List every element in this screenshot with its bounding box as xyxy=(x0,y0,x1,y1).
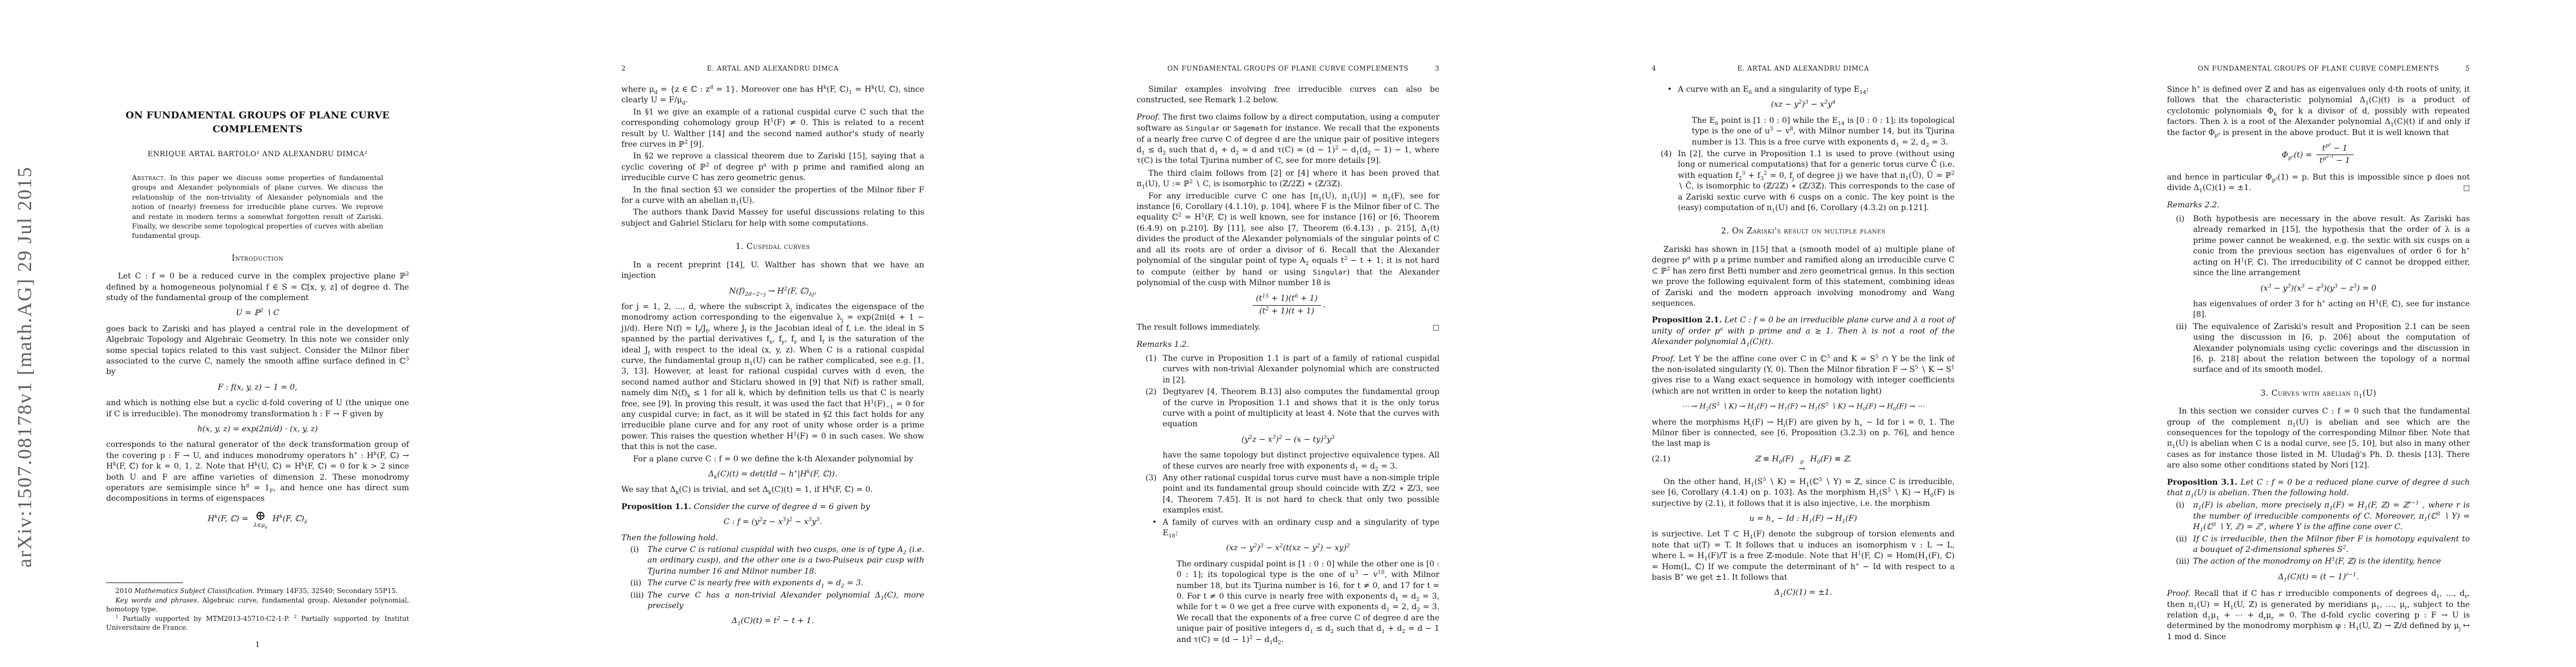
display-math: u = h∗ − Id : H1(F) → H1(F) xyxy=(1652,514,1955,524)
paragraph: In this section we consider curves C : f… xyxy=(2167,406,2470,471)
section-heading: 2. On Zariski's result on multiple plane… xyxy=(1652,226,1955,236)
qed-box: □ xyxy=(2463,183,2470,193)
paper-title: ON FUNDAMENTAL GROUPS OF PLANE CURVECOMP… xyxy=(106,109,409,137)
list-item: (1)The curve in Proposition 1.1 is part … xyxy=(1137,354,1439,386)
page-3: ON FUNDAMENTAL GROUPS OF PLANE CURVE COM… xyxy=(1030,0,1546,667)
paragraph: and hence in particular Φpa(1) = p. But … xyxy=(2167,172,2470,194)
paragraph: Then the following hold. xyxy=(621,533,924,544)
bullet-item: •A curve with an E6 and a singularity of… xyxy=(1652,84,1955,95)
paragraph: Let C : f = 0 be a reduced curve in the … xyxy=(106,271,409,303)
display-direct-sum: Hk(F, ℂ) = ⊕λ∈μd Hk(F, ℂ)λ xyxy=(106,509,409,529)
page-1: ON FUNDAMENTAL GROUPS OF PLANE CURVECOMP… xyxy=(0,0,515,667)
list-item: (ii)If C is irreducible, then the Milnor… xyxy=(2167,534,2470,556)
paragraph: Zariski has shown in [15] that a (smooth… xyxy=(1652,245,1955,309)
paragraph: goes back to Zariski and has played a ce… xyxy=(106,324,409,378)
paragraph: The ordinary cuspidal point is [1 : 0 : … xyxy=(1137,559,1439,645)
running-head-text: ON FUNDAMENTAL GROUPS OF PLANE CURVE COM… xyxy=(1167,64,1408,72)
proposition: Proposition 1.1. Consider the curve of d… xyxy=(621,502,924,512)
section-heading: 3. Curves with abelian π1(U) xyxy=(2167,388,2470,399)
display-fraction: (t15 + 1)(t6 + 1)(t2 + 1)(t + 1). xyxy=(1137,293,1439,317)
page-number: 1 xyxy=(0,641,515,649)
paragraph: In a recent preprint [14], U. Walther ha… xyxy=(621,260,924,282)
paragraph: The third claim follows from [2] or [4] … xyxy=(1137,168,1439,190)
display-math: Δk(C)(t) = det(tId − h∗|Hk(F, ℂ)). xyxy=(621,469,924,480)
running-head-text: E. ARTAL AND ALEXANDRU DIMCA xyxy=(707,64,839,72)
paper-screenshot: arXiv:1507.08178v1 [math.AG] 29 Jul 2015… xyxy=(0,0,2576,667)
list-item: (iii)The curve C has a non-trivial Alexa… xyxy=(621,590,924,612)
list-item: (i)The curve C is rational cuspidal with… xyxy=(621,545,924,577)
display-math: Δ1(C)(t) = (t − 1)r−1. xyxy=(2167,572,2470,583)
display-math: Δ1(C)(t) = t2 − t + 1. xyxy=(621,616,924,626)
footnotes: 2010 Mathematics Subject Classification.… xyxy=(106,583,409,633)
remark-heading: Remarks 2.2. xyxy=(2167,200,2470,211)
running-head-text: ON FUNDAMENTAL GROUPS OF PLANE CURVE COM… xyxy=(2198,64,2439,72)
running-head-text: E. ARTAL AND ALEXANDRU DIMCA xyxy=(1737,64,1869,72)
remark-heading: Remarks 1.2. xyxy=(1137,340,1439,350)
page-number: 5 xyxy=(2465,64,2470,72)
display-math: (xz − y2)3 − x2y4 xyxy=(1652,99,1955,110)
proof: Proof. The first two claims follow by a … xyxy=(1137,112,1439,167)
page-4: 4 E. ARTAL AND ALEXANDRU DIMCA •A curve … xyxy=(1546,0,2061,667)
display-math: U = ℙ2 ∖ C xyxy=(106,308,409,318)
proof: Proof. Recall that if C has r irreducibl… xyxy=(2167,589,2470,643)
list-item: (i)Both hypothesis are necessary in the … xyxy=(2167,214,2470,278)
paragraph: In the final section §3 we consider the … xyxy=(621,185,924,207)
page-5: ON FUNDAMENTAL GROUPS OF PLANE CURVE COM… xyxy=(2061,0,2576,667)
abstract: Abstract. In this paper we discuss some … xyxy=(132,173,383,241)
page-body: IntroductionLet C : f = 0 be a reduced c… xyxy=(106,253,409,529)
list-item: (ii)The curve C is nearly free with expo… xyxy=(621,578,924,589)
paragraph: The E6 point is [1 : 0 : 0] while the E1… xyxy=(1652,116,1955,148)
paragraph: On the other hand, H1(S5 ∖ K) = H1(ℂ3 ∖ … xyxy=(1652,477,1955,509)
section-heading: Introduction xyxy=(106,253,409,263)
paragraph: In §2 we reprove a classical theorem due… xyxy=(621,151,924,183)
paragraph: corresponds to the natural generator of … xyxy=(106,440,409,504)
footnote-rule xyxy=(106,583,183,583)
page-number: 3 xyxy=(1435,64,1439,72)
qed-box: □ xyxy=(1433,322,1439,333)
list-item: (i)π1(F) is abelian, more precisely π1(F… xyxy=(2167,500,2470,532)
page-body: •A curve with an E6 and a singularity of… xyxy=(1652,84,1955,599)
paragraph: where the morphisms Hi(F) → Hi(F) are gi… xyxy=(1652,417,1955,450)
proof: Proof. Let Y be the affine cone over C i… xyxy=(1652,354,1955,397)
display-math: h(x, y, z) = exp(2πi/d) · (x, y, z) xyxy=(106,424,409,435)
display-math: F : f(x, y, z) − 1 = 0, xyxy=(106,382,409,393)
paragraph: The authors thank David Massey for usefu… xyxy=(621,207,924,229)
proposition: Proposition 3.1. Let C : f = 0 be a redu… xyxy=(2167,477,2470,499)
paragraph: For a plane curve C : f = 0 we define th… xyxy=(621,454,924,465)
paragraph: In §1 we give an example of a rational c… xyxy=(621,107,924,151)
footnote: 2010 Mathematics Subject Classification.… xyxy=(106,586,409,596)
abstract-label: Abstract. xyxy=(132,173,166,182)
section-heading: 1. Cuspidal curves xyxy=(621,241,924,252)
display-math: ⋯ → H2(S5 ∖ K) → H1(F) → H1(F) → H1(S5 ∖… xyxy=(1652,401,1955,412)
display-math: (y2z − x3)2 − (x − ty)3y3 xyxy=(1137,435,1439,445)
running-header: ON FUNDAMENTAL GROUPS OF PLANE CURVE COM… xyxy=(1137,64,1439,72)
page-number: 4 xyxy=(1652,64,1656,72)
proposition: Proposition 2.1. Let C : f = 0 be an irr… xyxy=(1652,315,1955,347)
paragraph: is surjective. Let T ⊂ H1(F) denote the … xyxy=(1652,529,1955,583)
paragraph: We say that Δk(C) is trivial, and set Δk… xyxy=(621,485,924,495)
running-header: 2 E. ARTAL AND ALEXANDRU DIMCA xyxy=(621,64,924,72)
list-item: (2)Degtyarev [4, Theorem B.13] also comp… xyxy=(1137,387,1439,430)
abstract-text: In this paper we discuss some properties… xyxy=(132,173,383,240)
paragraph: For any irreducible curve C one has [π1(… xyxy=(1137,191,1439,289)
page-body: Since h∗ is defined over ℤ and has as ei… xyxy=(2167,84,2470,643)
display-math: Δ1(C)(1) = ±1. xyxy=(1652,588,1955,598)
paragraph: have the same topology but distinct proj… xyxy=(1137,450,1439,472)
page-body: where μd = {z ∈ ℂ : zd = 1}. Moreover on… xyxy=(621,84,924,627)
display-math: (x3 − y3)(x3 − z3)(y3 − z3) = 0 xyxy=(2167,283,2470,294)
bullet-item: •A family of curves with an ordinary cus… xyxy=(1137,517,1439,539)
paragraph: Similar examples involving free irreduci… xyxy=(1137,84,1439,106)
list-item: (4)In [2], the curve in Proposition 1.1 … xyxy=(1652,149,1955,213)
list-item: (iii)The action of the monodromy on H1(F… xyxy=(2167,556,2470,567)
running-header: 4 E. ARTAL AND ALEXANDRU DIMCA xyxy=(1652,64,1955,72)
page-2: 2 E. ARTAL AND ALEXANDRU DIMCA where μd … xyxy=(515,0,1030,667)
numbered-equation: (2.1)ℤ ≡ H0(F) 0→ H0(F) ≡ ℤ. xyxy=(1652,454,1955,472)
page-number: 2 xyxy=(621,64,626,72)
proof-end: The result follows immediately.□ xyxy=(1137,322,1439,333)
display-fraction: Φpa(t) = tpa − 1tpa−1 − 1 xyxy=(2167,143,2470,167)
list-item: (3)Any other rational cuspidal torus cur… xyxy=(1137,473,1439,516)
page-body: Similar examples involving free irreduci… xyxy=(1137,84,1439,645)
paragraph: for j = 1, 2, ..., d, where the subscrip… xyxy=(621,302,924,453)
display-math: N(f)2d−2−j → H2(F, ℂ)λj, xyxy=(621,286,924,297)
running-header: ON FUNDAMENTAL GROUPS OF PLANE CURVE COM… xyxy=(2167,64,2470,72)
title-line-2: COMPLEMENTS xyxy=(212,124,302,135)
display-math: C : f = (y2z − x3)2 − x3y3. xyxy=(621,517,924,527)
display-math: (xz − y2)3 − x2(t(xz − y2) − xy)2 xyxy=(1137,543,1439,554)
paragraph: and which is nothing else but a cyclic d… xyxy=(106,398,409,420)
paragraph: Since h∗ is defined over ℤ and has as ei… xyxy=(2167,84,2470,138)
footnote: 1 Partially supported by MTM2013-45710-C… xyxy=(106,614,409,633)
paragraph: where μd = {z ∈ ℂ : zd = 1}. Moreover on… xyxy=(621,84,924,106)
paper-authors: ENRIQUE ARTAL BARTOLO¹ AND ALEXANDRU DIM… xyxy=(106,150,409,158)
title-line-1: ON FUNDAMENTAL GROUPS OF PLANE CURVE xyxy=(126,110,390,121)
list-item: (ii)The equivalence of Zariski's result … xyxy=(2167,322,2470,376)
footnote: Key words and phrases. Algebraic curve, … xyxy=(106,596,409,614)
paragraph: has eigenvalues of order 3 for h∗ acting… xyxy=(2167,299,2470,321)
